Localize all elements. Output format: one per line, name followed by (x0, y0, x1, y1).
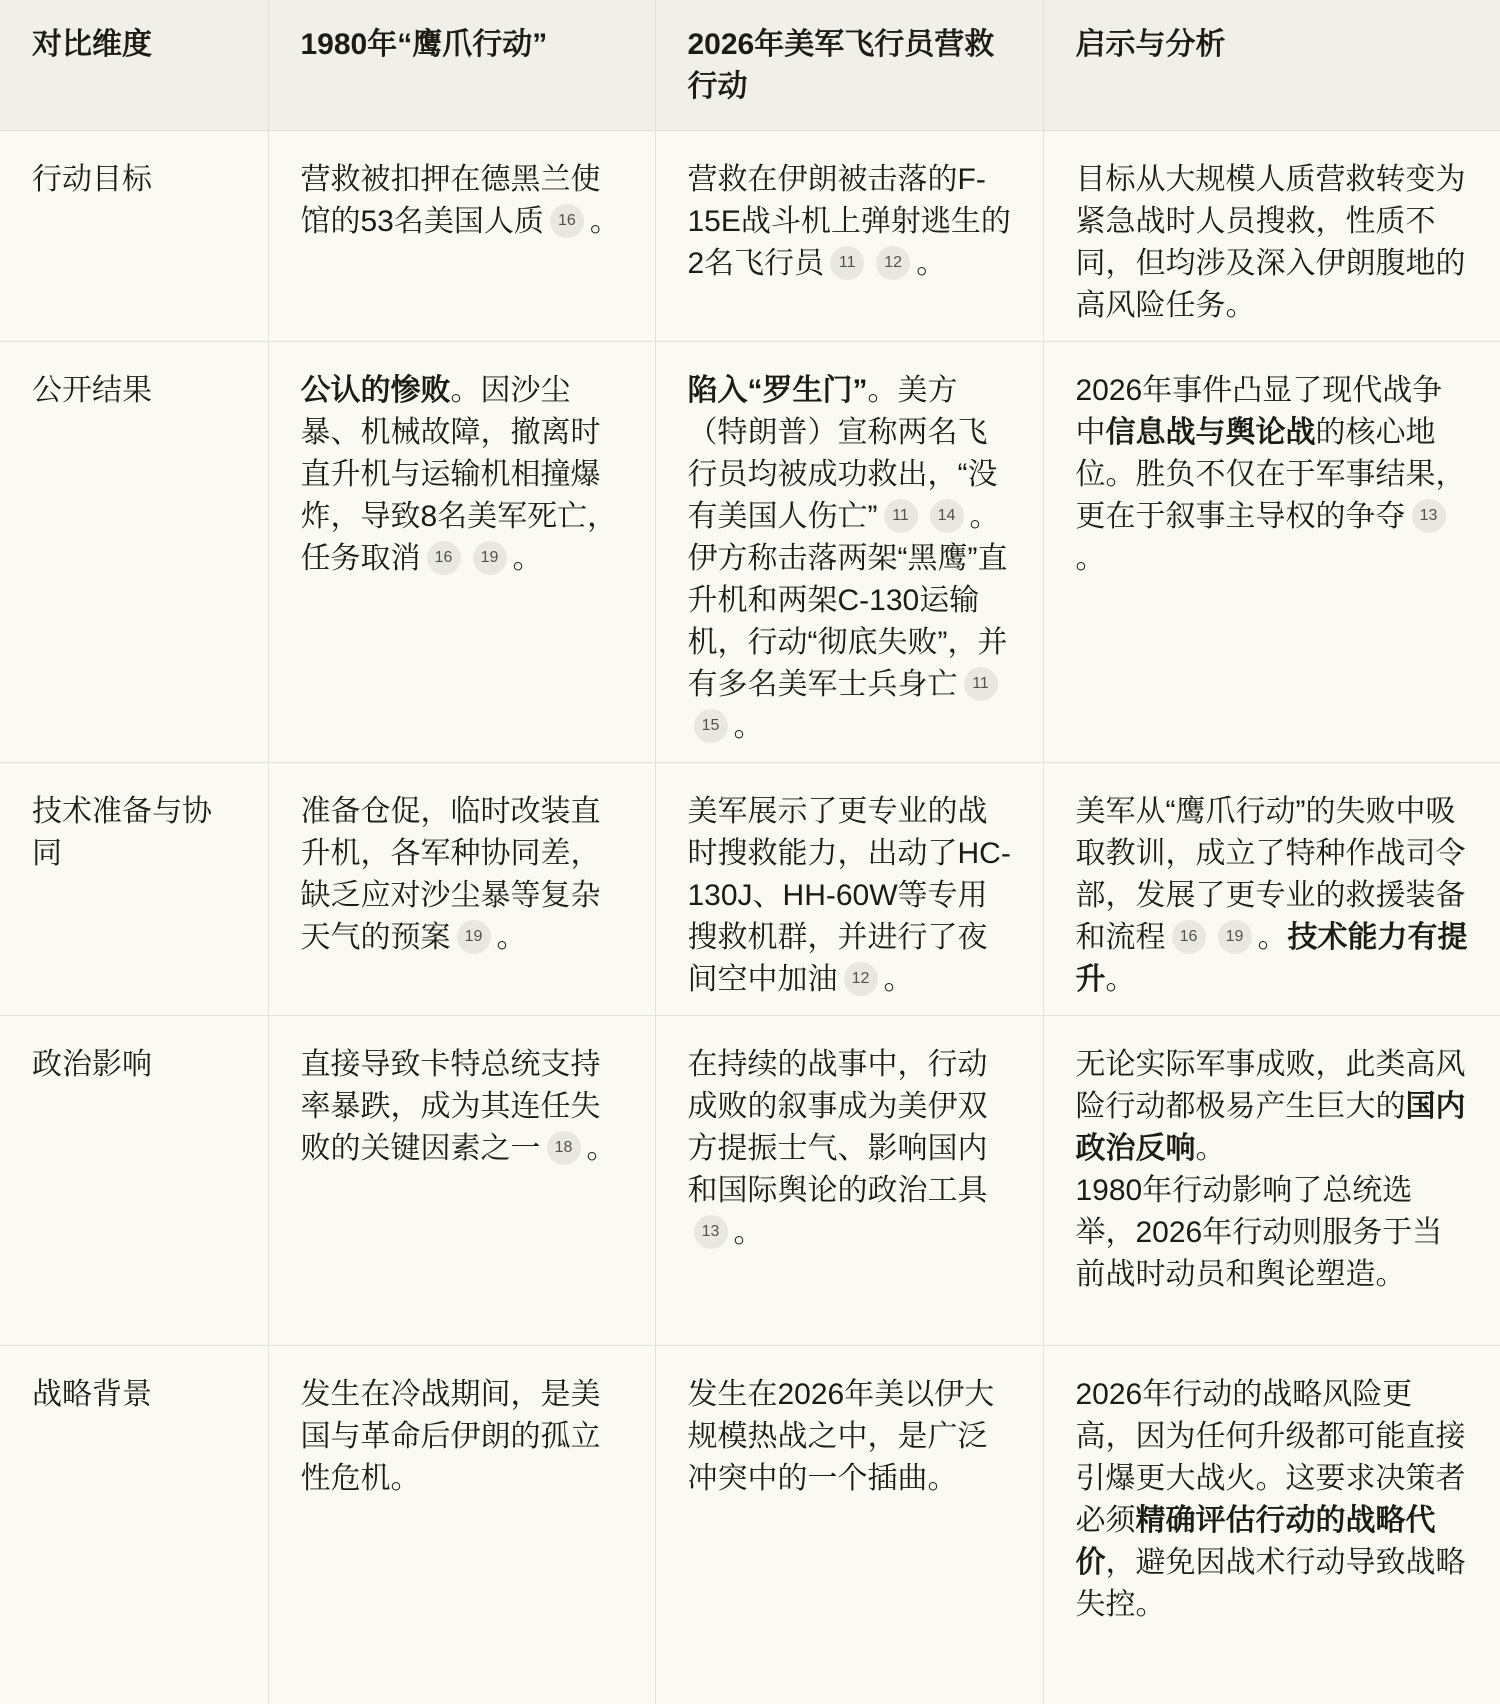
table-row: 技术准备与协同准备仓促，临时改装直升机，各军种协同差，缺乏应对沙尘暴等复杂天气的… (0, 762, 1500, 1015)
table-row: 行动目标营救被扣押在德黑兰使馆的53名美国人质16。营救在伊朗被击落的F-15E… (0, 130, 1500, 341)
citation-badge[interactable]: 19 (473, 541, 507, 575)
table-cell: 在持续的战事中，行动成败的叙事成为美伊双方提振士气、影响国内和国际舆论的政治工具… (655, 1015, 1043, 1345)
column-header: 2026年美军飞行员营救行动 (655, 0, 1043, 130)
table-cell: 营救在伊朗被击落的F-15E战斗机上弹射逃生的2名飞行员1112。 (655, 130, 1043, 341)
citation-badge[interactable]: 13 (1412, 499, 1446, 533)
citation-badge[interactable]: 12 (876, 246, 910, 280)
cell-text: 在持续的战事中，行动成败的叙事成为美伊双方提振士气、影响国内和国际舆论的政治工具 (688, 1048, 988, 1207)
table-row: 战略背景发生在冷战期间，是美国与革命后伊朗的孤立性危机。发生在2026年美以伊大… (0, 1345, 1500, 1704)
row-label: 政治影响 (0, 1015, 268, 1345)
table-cell: 发生在2026年美以伊大规模热战之中，是广泛冲突中的一个插曲。 (655, 1345, 1043, 1704)
cell-text: 。 (513, 542, 543, 575)
cell-text: 发生在2026年美以伊大规模热战之中，是广泛冲突中的一个插曲。 (688, 1378, 995, 1495)
cell-text: 公认的惨败 (301, 374, 451, 407)
cell-text: ，避免因战术行动导致战略失控。 (1076, 1546, 1466, 1621)
table-cell: 2026年行动的战略风险更高，因为任何升级都可能直接引爆更大战火。这要求决策者必… (1043, 1345, 1500, 1704)
column-header: 对比维度 (0, 0, 268, 130)
table-cell: 直接导致卡特总统支持率暴跌，成为其连任失败的关键因素之一18。 (268, 1015, 655, 1345)
table-row: 公开结果公认的惨败。因沙尘暴、机械故障，撤离时直升机与运输机相撞爆炸，导致8名美… (0, 341, 1500, 762)
citation-badge[interactable]: 11 (884, 499, 918, 533)
table-cell: 美军从“鹰爪行动”的失败中吸取教训，成立了特种作战司令部，发展了更专业的救援装备… (1043, 762, 1500, 1015)
table-cell: 公认的惨败。因沙尘暴、机械故障，撤离时直升机与运输机相撞爆炸，导致8名美军死亡，… (268, 341, 655, 762)
row-label: 技术准备与协同 (0, 762, 268, 1015)
cell-text: 。 (587, 1132, 617, 1165)
table-body: 行动目标营救被扣押在德黑兰使馆的53名美国人质16。营救在伊朗被击落的F-15E… (0, 130, 1500, 1704)
table-cell: 美军展示了更专业的战时搜救能力，出动了HC-130J、HH-60W等专用搜救机群… (655, 762, 1043, 1015)
cell-text: 。 (884, 963, 914, 996)
column-header: 1980年“鹰爪行动” (268, 0, 655, 130)
cell-text: 信息战与舆论战 (1106, 416, 1316, 449)
column-header: 启示与分析 (1043, 0, 1500, 130)
table-cell: 发生在冷战期间，是美国与革命后伊朗的孤立性危机。 (268, 1345, 655, 1704)
citation-badge[interactable]: 16 (1172, 920, 1206, 954)
citation-badge[interactable]: 11 (830, 246, 864, 280)
comparison-table: 对比维度1980年“鹰爪行动”2026年美军飞行员营救行动启示与分析 行动目标营… (0, 0, 1500, 1704)
table-cell: 无论实际军事成败，此类高风险行动都极易产生巨大的国内政治反响。1980年行动影响… (1043, 1015, 1500, 1345)
cell-text: 。 (497, 921, 527, 954)
header-row: 对比维度1980年“鹰爪行动”2026年美军飞行员营救行动启示与分析 (0, 0, 1500, 130)
citation-badge[interactable]: 18 (547, 1131, 581, 1165)
cell-text: 发生在冷战期间，是美国与革命后伊朗的孤立性危机。 (301, 1378, 601, 1495)
cell-text: 准备仓促，临时改装直升机，各军种协同差，缺乏应对沙尘暴等复杂天气的预案 (301, 795, 601, 954)
cell-text: 。 (1258, 921, 1288, 954)
citation-badge[interactable]: 19 (1218, 920, 1252, 954)
citation-badge[interactable]: 16 (550, 204, 584, 238)
row-label: 战略背景 (0, 1345, 268, 1704)
cell-text: 陷入“罗生门” (688, 374, 868, 407)
cell-text: 。 (590, 205, 620, 238)
cell-text: 。 (734, 710, 764, 743)
cell-text: 。 (1076, 542, 1106, 575)
table-cell: 准备仓促，临时改装直升机，各军种协同差，缺乏应对沙尘暴等复杂天气的预案19。 (268, 762, 655, 1015)
table-cell: 2026年事件凸显了现代战争中信息战与舆论战的核心地位。胜负不仅在于军事结果，更… (1043, 341, 1500, 762)
cell-text: 目标从大规模人质营救转变为紧急战时人员搜救，性质不同，但均涉及深入伊朗腹地的高风… (1076, 163, 1466, 322)
cell-text: 。 (1106, 963, 1136, 996)
citation-badge[interactable]: 14 (930, 499, 964, 533)
comparison-table-page: 对比维度1980年“鹰爪行动”2026年美军飞行员营救行动启示与分析 行动目标营… (0, 0, 1500, 1704)
table-header: 对比维度1980年“鹰爪行动”2026年美军飞行员营救行动启示与分析 (0, 0, 1500, 130)
cell-text: 。 (1196, 1132, 1226, 1165)
citation-badge[interactable]: 13 (694, 1215, 728, 1249)
citation-badge[interactable]: 16 (427, 541, 461, 575)
cell-text: 。 (734, 1216, 764, 1249)
cell-text: 1980年行动影响了总统选举，2026年行动则服务于当前战时动员和舆论塑造。 (1076, 1174, 1443, 1291)
table-cell: 目标从大规模人质营救转变为紧急战时人员搜救，性质不同，但均涉及深入伊朗腹地的高风… (1043, 130, 1500, 341)
cell-text: 。 (916, 247, 946, 280)
table-row: 政治影响直接导致卡特总统支持率暴跌，成为其连任失败的关键因素之一18。在持续的战… (0, 1015, 1500, 1345)
table-cell: 陷入“罗生门”。美方（特朗普）宣称两名飞行员均被成功救出，“没有美国人伤亡”11… (655, 341, 1043, 762)
row-label: 行动目标 (0, 130, 268, 341)
citation-badge[interactable]: 19 (457, 920, 491, 954)
row-label: 公开结果 (0, 341, 268, 762)
citation-badge[interactable]: 11 (964, 667, 998, 701)
citation-badge[interactable]: 15 (694, 709, 728, 743)
table-cell: 营救被扣押在德黑兰使馆的53名美国人质16。 (268, 130, 655, 341)
citation-badge[interactable]: 12 (844, 962, 878, 996)
